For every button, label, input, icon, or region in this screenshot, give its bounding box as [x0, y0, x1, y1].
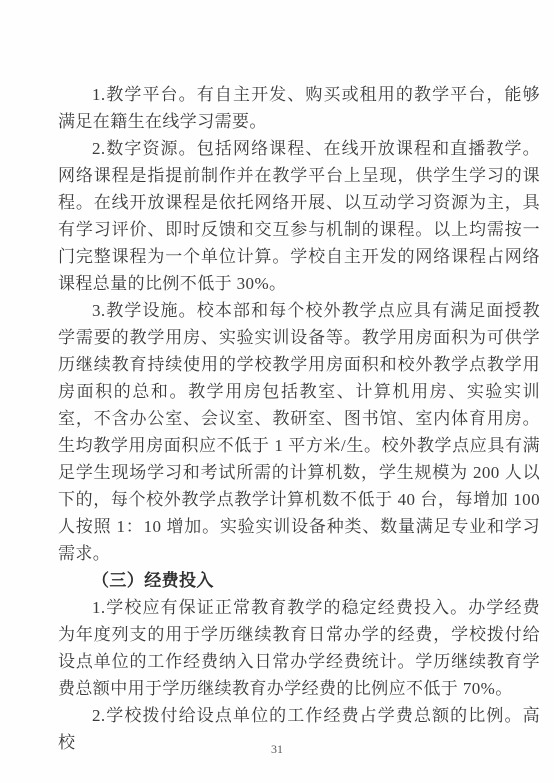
document-page: 1.教学平台。有自主开发、购买或租用的教学平台，能够满足在籍生在线学习需要。2.… [0, 0, 554, 783]
paragraph: 3.教学设施。校本部和每个校外教学点应具有满足面授教学需要的教学用房、实验实训设… [58, 297, 540, 567]
section-heading: （三）经费投入 [58, 567, 540, 594]
paragraph: 1.学校应有保证正常教育教学的稳定经费投入。办学经费为年度列支的用于学历继续教育… [58, 594, 540, 702]
paragraph: 2.数字资源。包括网络课程、在线开放课程和直播教学。网络课程是指提前制作并在教学… [58, 135, 540, 297]
paragraph: 1.教学平台。有自主开发、购买或租用的教学平台，能够满足在籍生在线学习需要。 [58, 81, 540, 135]
document-body: 1.教学平台。有自主开发、购买或租用的教学平台，能够满足在籍生在线学习需要。2.… [58, 81, 540, 756]
page-number: 31 [0, 742, 554, 757]
